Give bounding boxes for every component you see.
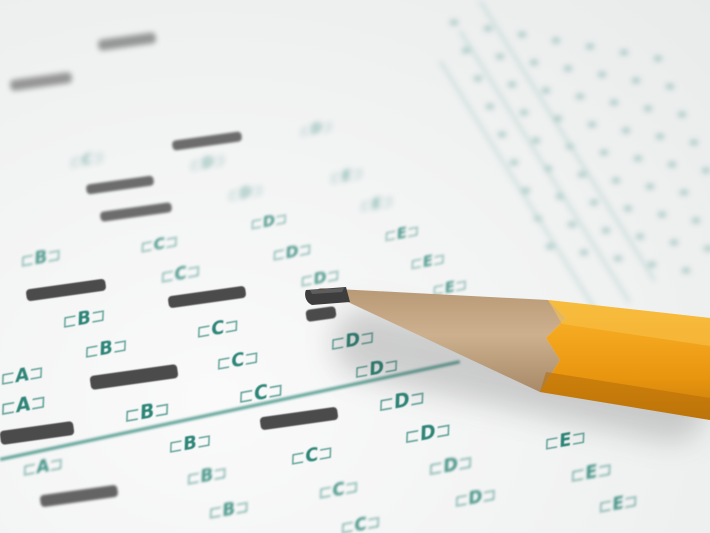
grid-bubble [484,26,492,31]
grid-bubble [530,60,538,65]
answer-bubble: ⊏C⊐ [318,476,359,504]
answer-bubble: ⊏C⊐ [70,149,104,171]
grid-bubble [666,84,674,89]
answer-bubble: ⊏C⊐ [160,260,201,288]
grid-bubble [704,246,710,251]
grid-bubble [580,250,588,255]
grid-bubble [486,104,494,109]
filled-bubble-mark [89,364,178,390]
filled-bubble-mark [305,306,336,322]
answer-bubble: ⊏E⊐ [330,165,363,187]
grid-bubble [462,48,470,53]
grid-bubble [646,184,654,189]
grid-bubble [624,206,632,211]
grid-bubble [654,56,662,61]
answer-bubble: ⊏B⊐ [20,244,62,272]
answer-bubble: ⊏D⊐ [378,386,426,417]
grid-bubble [634,156,642,161]
answer-bubble: ⊏B⊐ [84,334,128,363]
filled-bubble-mark [86,175,155,194]
grid-bubble [510,160,518,165]
filled-bubble-mark [40,485,119,508]
answer-bubble: ⊏D⊐ [300,119,333,140]
grid-bubble [658,212,666,217]
answer-bubble: ⊏C⊐ [140,230,179,256]
answer-bubble: ⊏D⊐ [190,152,225,174]
grid-border-line [479,0,656,281]
grid-bubble [564,66,572,71]
answer-sheet: ⊏B⊐⊏B⊐⊏B⊐⊏A⊐⊏A⊐⊏B⊐⊏A⊐⊏B⊐⊏B⊐⊏B⊐⊏C⊐⊏C⊐⊏C⊐⊏… [0,0,710,533]
answer-bubble: ⊏E⊐ [384,221,420,246]
grid-bubble [576,94,584,99]
grid-bubble [656,134,664,139]
answer-bubble: ⊏C⊐ [196,314,239,343]
answer-bubble: ⊏E⊐ [360,193,393,215]
grid-bubble [678,112,686,117]
grid-bubble [496,54,504,59]
answer-bubble: ⊏E⊐ [598,490,638,517]
grid-bubble [586,44,594,49]
answer-bubble: ⊏D⊐ [228,182,263,204]
answer-bubble: ⊏D⊐ [250,209,288,234]
filled-bubble-mark [259,407,338,431]
filled-bubble-mark [98,32,157,51]
grid-bubble [620,50,628,55]
answer-bubble: ⊏E⊐ [544,426,587,455]
grid-bubble [648,262,656,267]
grid-bubble [598,72,606,77]
grid-bubble [588,122,596,127]
grid-bubble [450,20,458,25]
grid-bubble [542,88,550,93]
answer-bubble: ⊏C⊐ [216,346,259,375]
answer-bubble: ⊏D⊐ [404,418,452,449]
grid-bubble [612,178,620,183]
grid-bubble [668,162,676,167]
grid-bubble [632,78,640,83]
grid-bubble [680,190,688,195]
grid-bubble [518,32,526,37]
grid-bubble [568,222,576,227]
answer-bubble: ⊏D⊐ [454,484,497,512]
grid-bubble [644,106,652,111]
answer-bubble: ⊏A⊐ [0,361,44,390]
answer-sheet-photo: ⊏B⊐⊏B⊐⊏B⊐⊏A⊐⊏A⊐⊏B⊐⊏A⊐⊏B⊐⊏B⊐⊏B⊐⊏C⊐⊏C⊐⊏C⊐⊏… [0,0,710,533]
grid-bubble [692,218,700,223]
grid-bubble [498,132,506,137]
answer-bubble: ⊏E⊐ [570,458,613,487]
grid-bubble [508,82,516,87]
grid-bubble [610,100,618,105]
answer-bubble: ⊏A⊐ [22,453,64,481]
grid-bubble [600,150,608,155]
answer-bubble: ⊏C⊐ [340,511,381,533]
grid-bubble [622,128,630,133]
grid-bubble [520,110,528,115]
grid-bubble [682,268,690,273]
answer-bubble: ⊏A⊐ [0,390,47,421]
id-number-grid [420,0,710,290]
answer-bubble: ⊏B⊐ [168,429,212,458]
grid-bubble [636,234,644,239]
grid-bubble [702,168,710,173]
grid-bubble [590,200,598,205]
grid-bubble [552,38,560,43]
grid-bubble [532,138,540,143]
answer-bubble: ⊏B⊐ [208,496,250,524]
grid-bubble [578,172,586,177]
answer-bubble: ⊏D⊐ [300,264,340,290]
grid-bubble [614,256,622,261]
filled-bubble-mark [26,278,107,301]
answer-bubble: ⊏B⊐ [62,304,106,333]
grid-bubble [690,140,698,145]
filled-bubble-mark [10,72,73,92]
filled-bubble-mark [0,421,75,445]
answer-bubble: ⊏C⊐ [290,441,333,470]
filled-bubble-mark [168,286,247,309]
answer-bubble: ⊏D⊐ [272,238,312,264]
grid-bubble [670,240,678,245]
grid-bubble [602,228,610,233]
grid-bubble [474,76,482,81]
filled-bubble-mark [172,131,243,151]
filled-bubble-mark [100,202,173,222]
answer-bubble: ⊏B⊐ [186,462,228,490]
answer-bubble: ⊏D⊐ [428,451,473,480]
